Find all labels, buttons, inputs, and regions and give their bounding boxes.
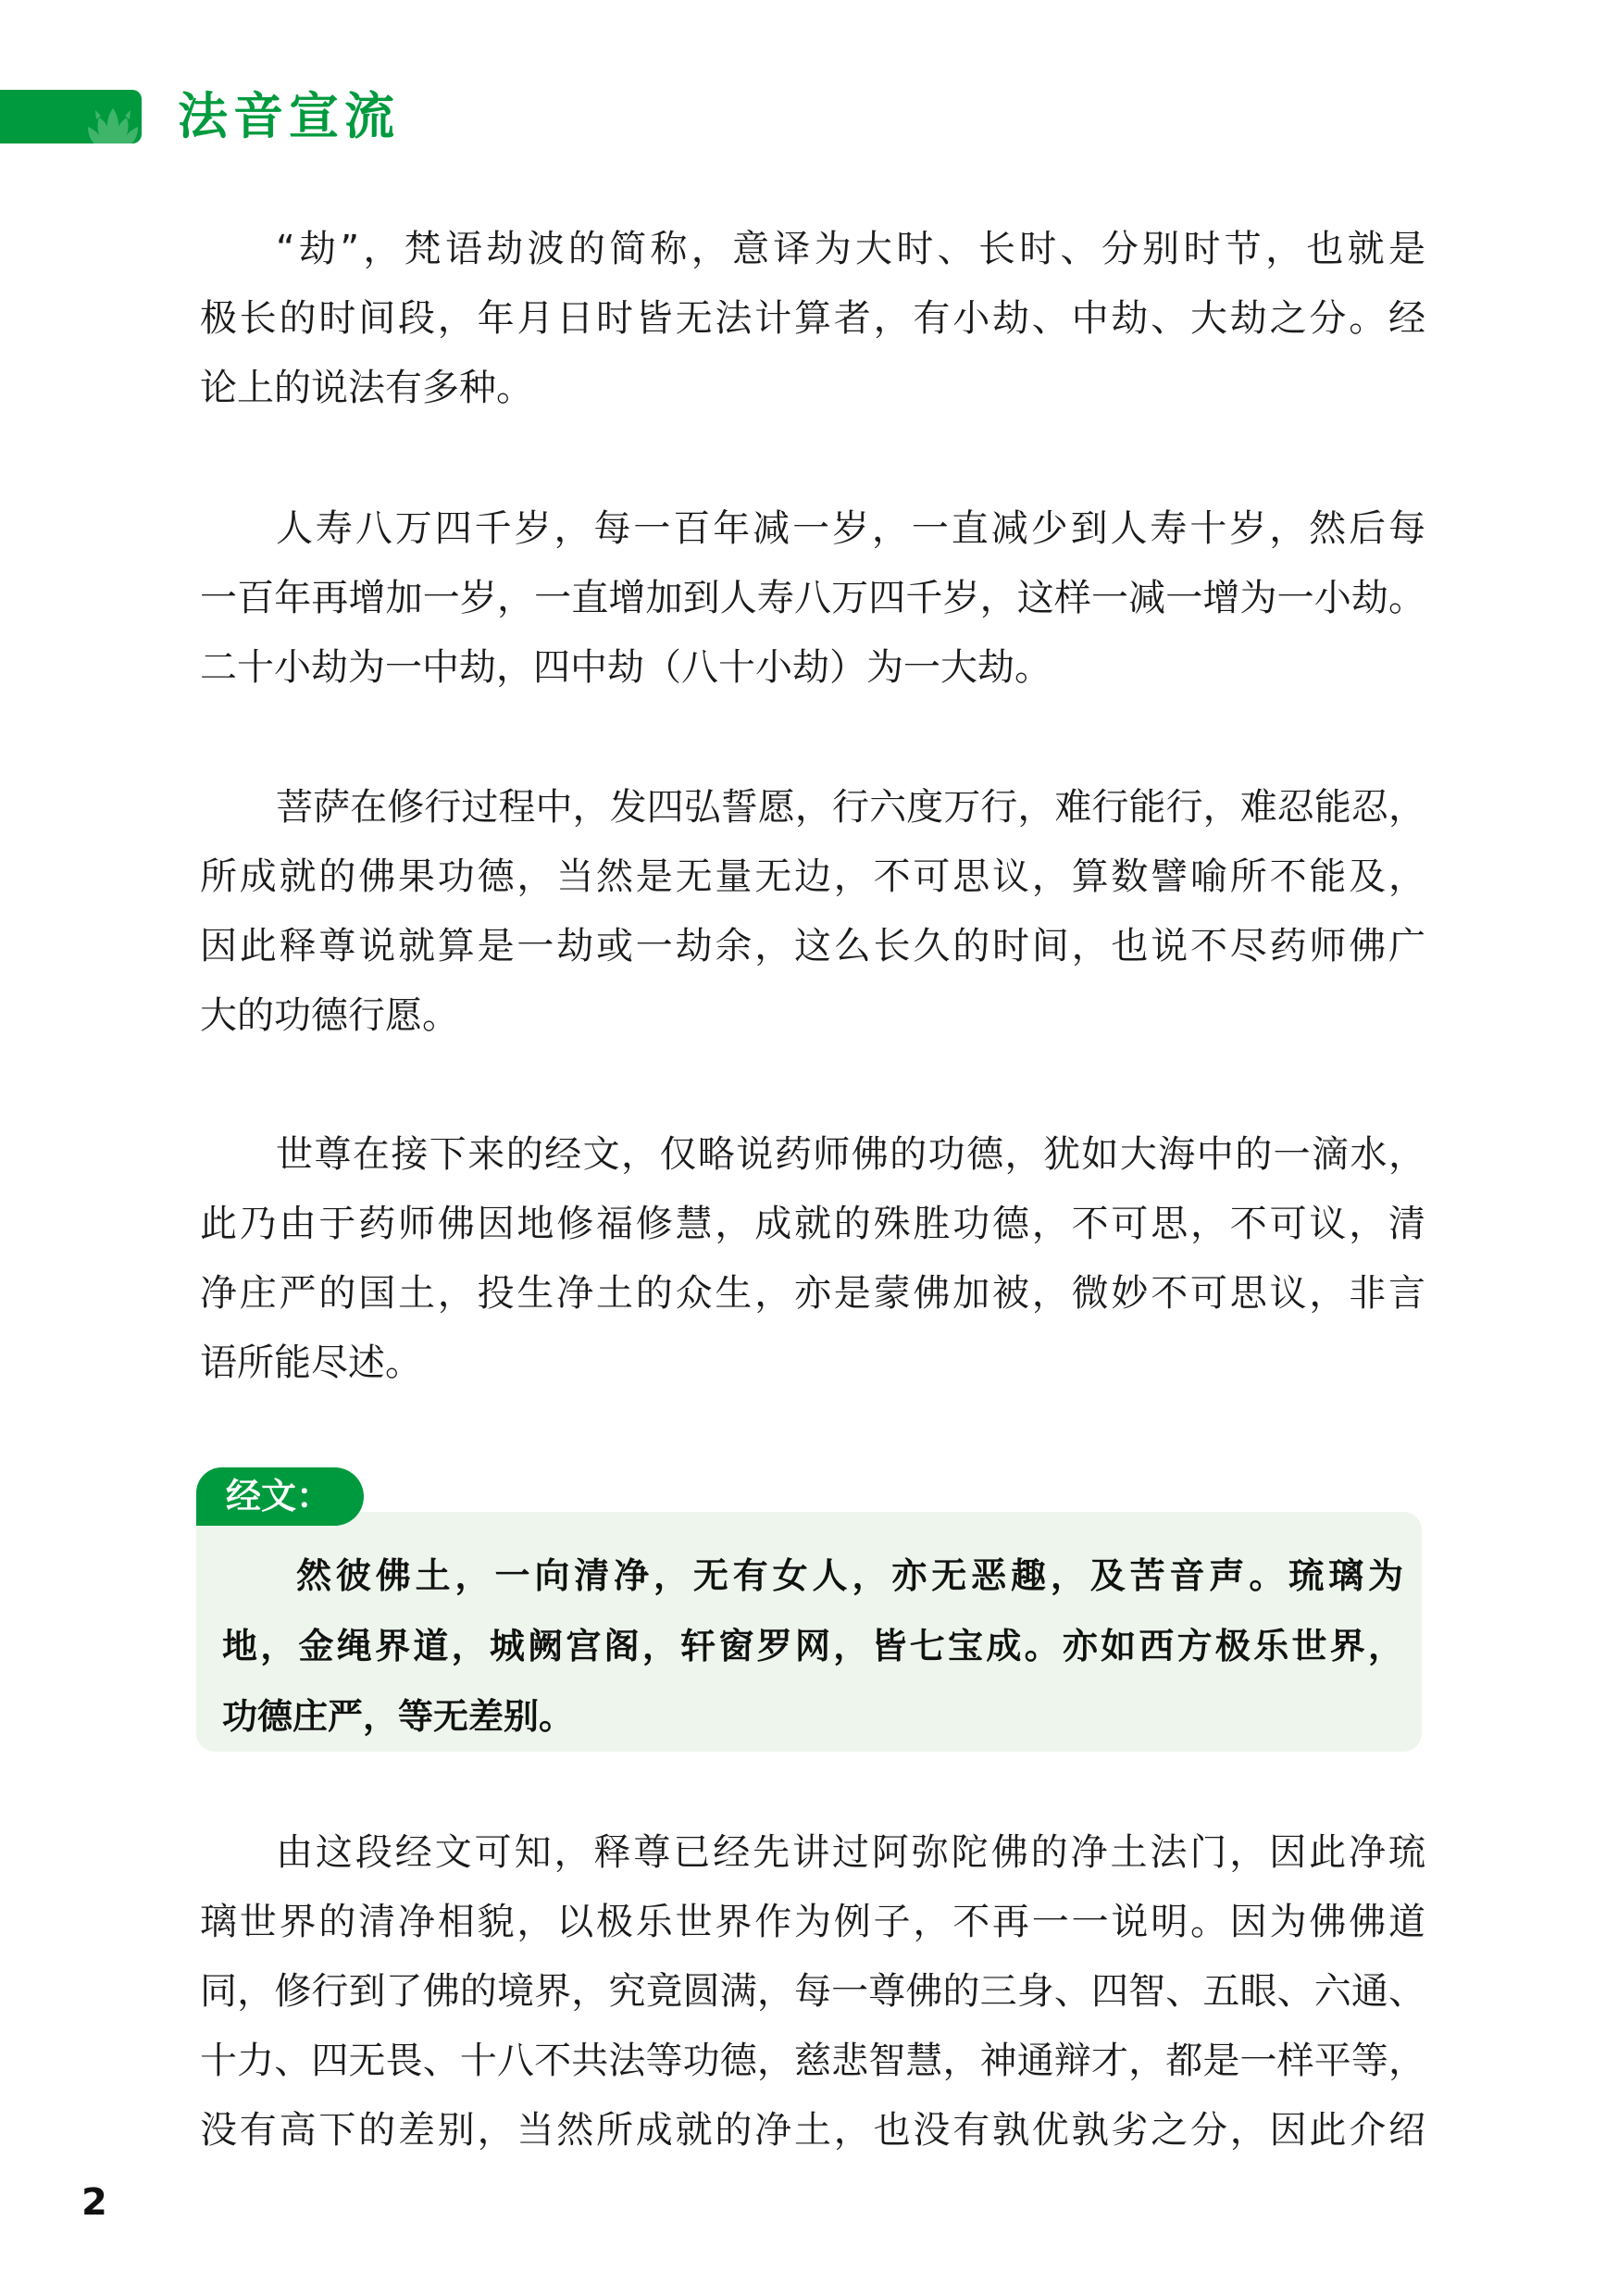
text-line: 一百年再增加一岁，一直增加到人寿八万四千岁，这样一减一增为一小劫。	[200, 564, 1425, 633]
lotus-icon	[86, 105, 140, 143]
scripture-line: 然彼佛土，一向清净，无有女人，亦无恶趣，及苦音声。琉璃为	[222, 1541, 1403, 1611]
text-line: 十力、四无畏、十八不共法等功德，慈悲智慧，神通辩才，都是一样平等，	[200, 2027, 1425, 2096]
text-line: 语所能尽述。	[200, 1329, 1425, 1398]
header-bar	[0, 90, 142, 143]
paragraph-1: “劫”，梵语劫波的简称，意译为大时、长时、分别时节，也就是 极长的时间段，年月日…	[200, 215, 1425, 423]
text-line: 论上的说法有多种。	[200, 354, 1425, 423]
text-line: 没有高下的差别，当然所成就的净土，也没有孰优孰劣之分，因此介绍	[200, 2096, 1425, 2165]
text-line: 净庄严的国土，投生净土的众生，亦是蒙佛加被，微妙不可思议，非言	[200, 1259, 1425, 1329]
page-number: 2	[81, 2181, 107, 2224]
paragraph-2: 人寿八万四千岁，每一百年减一岁，一直减少到人寿十岁，然后每 一百年再增加一岁，一…	[200, 494, 1425, 703]
text-line: 二十小劫为一中劫，四中劫（八十小劫）为一大劫。	[200, 633, 1425, 703]
paragraph-4: 世尊在接下来的经文，仅略说药师佛的功德，犹如大海中的一滴水， 此乃由于药师佛因地…	[200, 1120, 1425, 1398]
text-line: 由这段经文可知，释尊已经先讲过阿弥陀佛的净土法门，因此净琉	[200, 1818, 1425, 1888]
scripture-label: 经文：	[196, 1467, 364, 1526]
text-line: 因此释尊说就算是一劫或一劫余，这么长久的时间，也说不尽药师佛广	[200, 912, 1425, 981]
paragraph-5: 由这段经文可知，释尊已经先讲过阿弥陀佛的净土法门，因此净琉 璃世界的清净相貌，以…	[200, 1818, 1425, 2165]
text-line: 世尊在接下来的经文，仅略说药师佛的功德，犹如大海中的一滴水，	[200, 1120, 1425, 1190]
text-line: 璃世界的清净相貌，以极乐世界作为例子，不再一一说明。因为佛佛道	[200, 1888, 1425, 1957]
text-line: 所成就的佛果功德，当然是无量无边，不可思议，算数譬喻所不能及，	[200, 842, 1425, 912]
text-line: 极长的时间段，年月日时皆无法计算者，有小劫、中劫、大劫之分。经	[200, 284, 1425, 354]
scripture-line: 地，金绳界道，城阙宫阁，轩窗罗网，皆七宝成。亦如西方极乐世界，	[222, 1611, 1403, 1681]
text-line: 菩萨在修行过程中，发四弘誓愿，行六度万行，难行能行，难忍能忍，	[200, 773, 1425, 842]
text-line: 大的功德行愿。	[200, 981, 1425, 1051]
text-line: 此乃由于药师佛因地修福修慧，成就的殊胜功德，不可思，不可议，清	[200, 1190, 1425, 1259]
section-title: 法音宣流	[178, 86, 400, 147]
text-line: “劫”，梵语劫波的简称，意译为大时、长时、分别时节，也就是	[200, 215, 1425, 284]
scripture-line: 功德庄严，等无差别。	[222, 1681, 1403, 1752]
paragraph-3: 菩萨在修行过程中，发四弘誓愿，行六度万行，难行能行，难忍能忍， 所成就的佛果功德…	[200, 773, 1425, 1051]
text-line: 同，修行到了佛的境界，究竟圆满，每一尊佛的三身、四智、五眼、六通、	[200, 1957, 1425, 2027]
scripture-text: 然彼佛土，一向清净，无有女人，亦无恶趣，及苦音声。琉璃为 地，金绳界道，城阙宫阁…	[222, 1541, 1403, 1752]
text-line: 人寿八万四千岁，每一百年减一岁，一直减少到人寿十岁，然后每	[200, 494, 1425, 564]
